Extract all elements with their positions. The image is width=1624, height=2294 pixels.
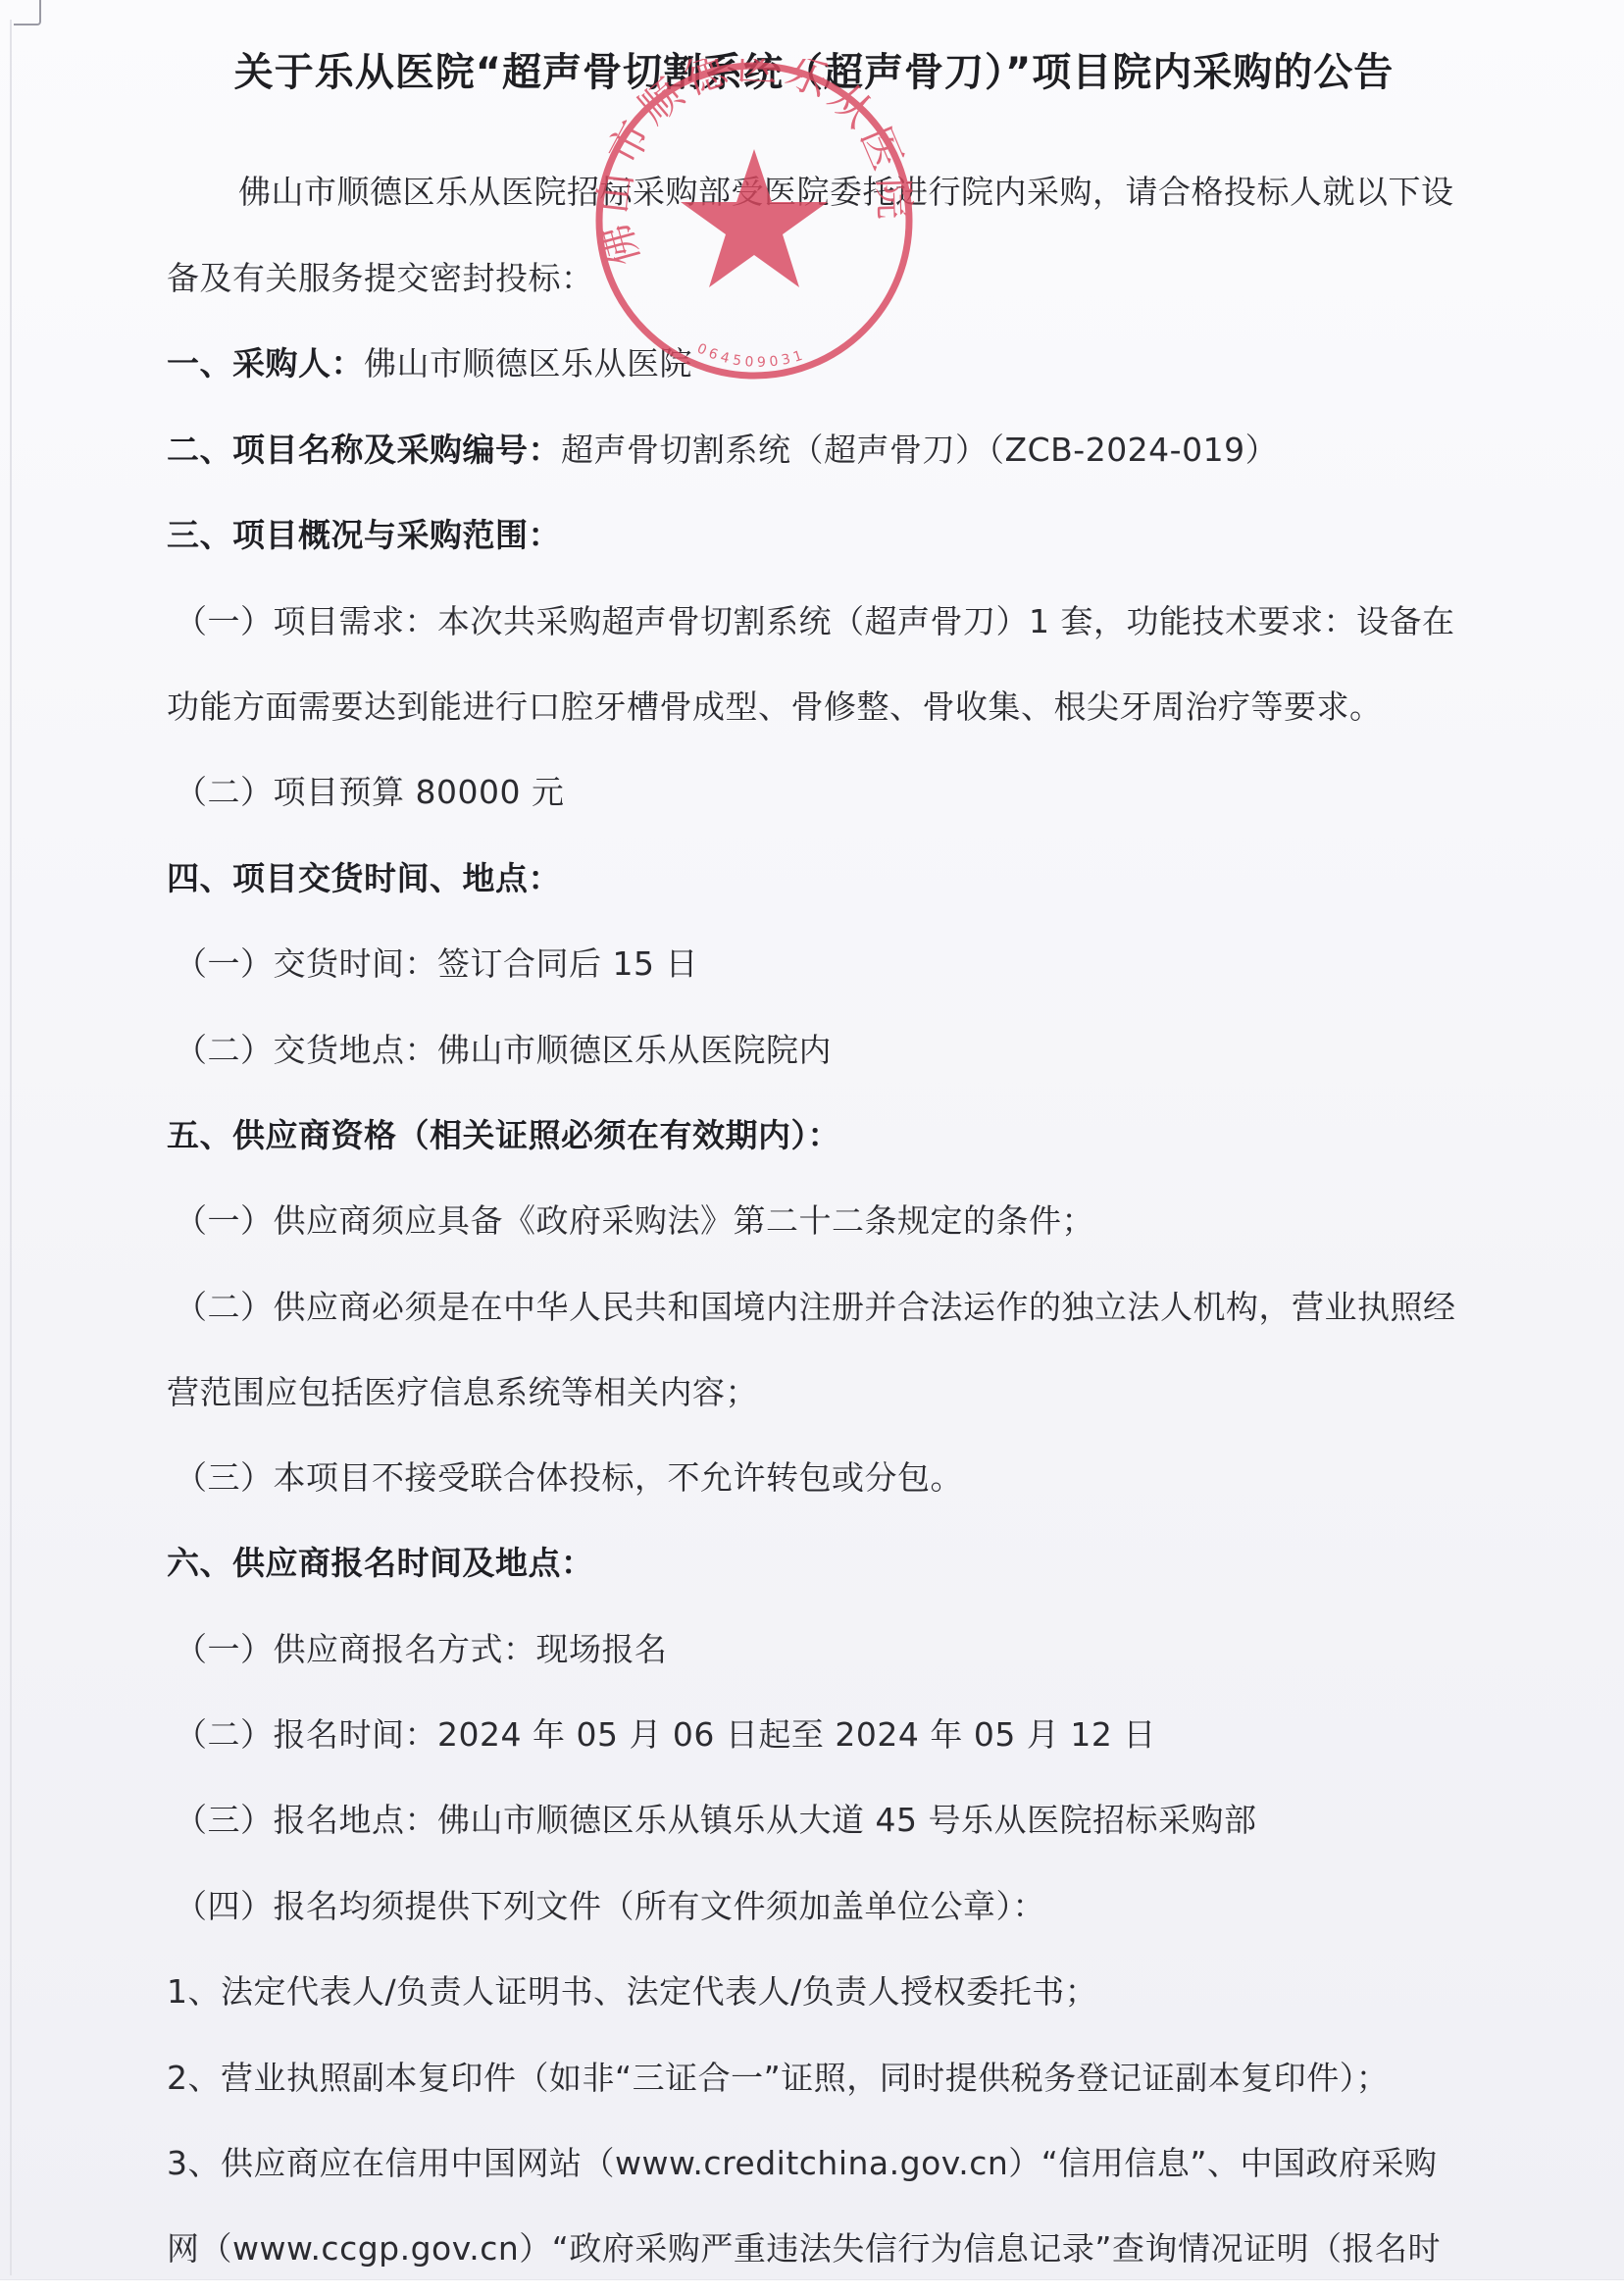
section-1-value: 佛山市顺德区乐从医院 — [364, 344, 692, 382]
document-page: 关于乐从医院“超声骨切割系统（超声骨刀）”项目院内采购的公告 佛山市顺德区乐从医… — [0, 0, 1624, 2294]
section-6-item-3: （三）报名地点：佛山市顺德区乐从镇乐从大道 45 号乐从医院招标采购部 — [175, 1795, 1256, 1841]
section-6-doc-1: 1、法定代表人/负责人证明书、法定代表人/负责人授权委托书； — [167, 1966, 1097, 2013]
section-2: 二、项目名称及采购编号：超声骨切割系统（超声骨刀）（ZCB-2024-019） — [167, 425, 1278, 471]
section-4-heading: 四、项目交货时间、地点： — [167, 853, 561, 899]
section-3-item-2: （二）项目预算 80000 元 — [175, 767, 564, 813]
section-6-item-4: （四）报名均须提供下列文件（所有文件须加盖单位公章）： — [175, 1881, 1045, 1927]
intro-line-2: 备及有关服务提交密封投标： — [167, 253, 594, 299]
section-4-item-2: （二）交货地点：佛山市顺德区乐从医院院内 — [175, 1025, 832, 1071]
scan-corner-mark — [14, 0, 41, 25]
page-bottom-edge — [0, 2279, 1624, 2294]
section-6-item-1: （一）供应商报名方式：现场报名 — [175, 1624, 668, 1670]
section-2-heading: 二、项目名称及采购编号： — [167, 431, 561, 469]
section-4-item-1: （一）交货时间：签订合同后 15 日 — [175, 939, 698, 985]
section-6-heading: 六、供应商报名时间及地点： — [167, 1538, 594, 1584]
seal-serial: 064509031 — [694, 341, 808, 371]
section-5-item-2-line-1: （二）供应商必须是在中华人民共和国境内注册并合法运作的独立法人机构，营业执照经 — [175, 1282, 1456, 1328]
section-6-doc-3-line-1: 3、供应商应在信用中国网站（www.creditchina.gov.cn）“信用… — [167, 2138, 1437, 2184]
section-5-heading: 五、供应商资格（相关证照必须在有效期内）： — [167, 1110, 840, 1156]
section-2-value: 超声骨切割系统（超声骨刀）（ZCB-2024-019） — [561, 431, 1278, 469]
document-title: 关于乐从医院“超声骨切割系统（超声骨刀）”项目院内采购的公告 — [196, 41, 1432, 97]
section-3-item-1-line-2: 功能方面需要达到能进行口腔牙槽骨成型、骨修整、骨收集、根尖牙周治疗等要求。 — [167, 682, 1383, 728]
section-1: 一、采购人：佛山市顺德区乐从医院 — [167, 338, 692, 384]
section-6-doc-3-line-2: 网（www.ccgp.gov.cn）“政府采购严重违法失信行为信息记录”查询情况… — [167, 2223, 1441, 2269]
page-left-edge — [10, 20, 12, 2275]
section-6-doc-2: 2、营业执照副本复印件（如非“三证合一”证照，同时提供税务登记证副本复印件）； — [167, 2053, 1389, 2099]
section-5-item-1: （一）供应商须应具备《政府采购法》第二十二条规定的条件； — [175, 1196, 1094, 1242]
section-3-heading: 三、项目概况与采购范围： — [167, 510, 561, 556]
intro-line-1: 佛山市顺德区乐从医院招标采购部受医院委托进行院内采购，请合格投标人就以下设 — [238, 167, 1454, 213]
section-1-heading: 一、采购人： — [167, 344, 364, 382]
section-5-item-2-line-2: 营范围应包括医疗信息系统等相关内容； — [167, 1367, 758, 1413]
official-seal-stamp: 佛山市顺德区乐从医院 064509031 — [592, 59, 916, 382]
section-3-item-1-line-1: （一）项目需求：本次共采购超声骨切割系统（超声骨刀）1 套，功能技术要求：设备在 — [175, 596, 1455, 642]
section-6-item-2: （二）报名时间：2024 年 05 月 06 日起至 2024 年 05 月 1… — [175, 1709, 1156, 1756]
section-5-item-3: （三）本项目不接受联合体投标，不允许转包或分包。 — [175, 1453, 963, 1499]
